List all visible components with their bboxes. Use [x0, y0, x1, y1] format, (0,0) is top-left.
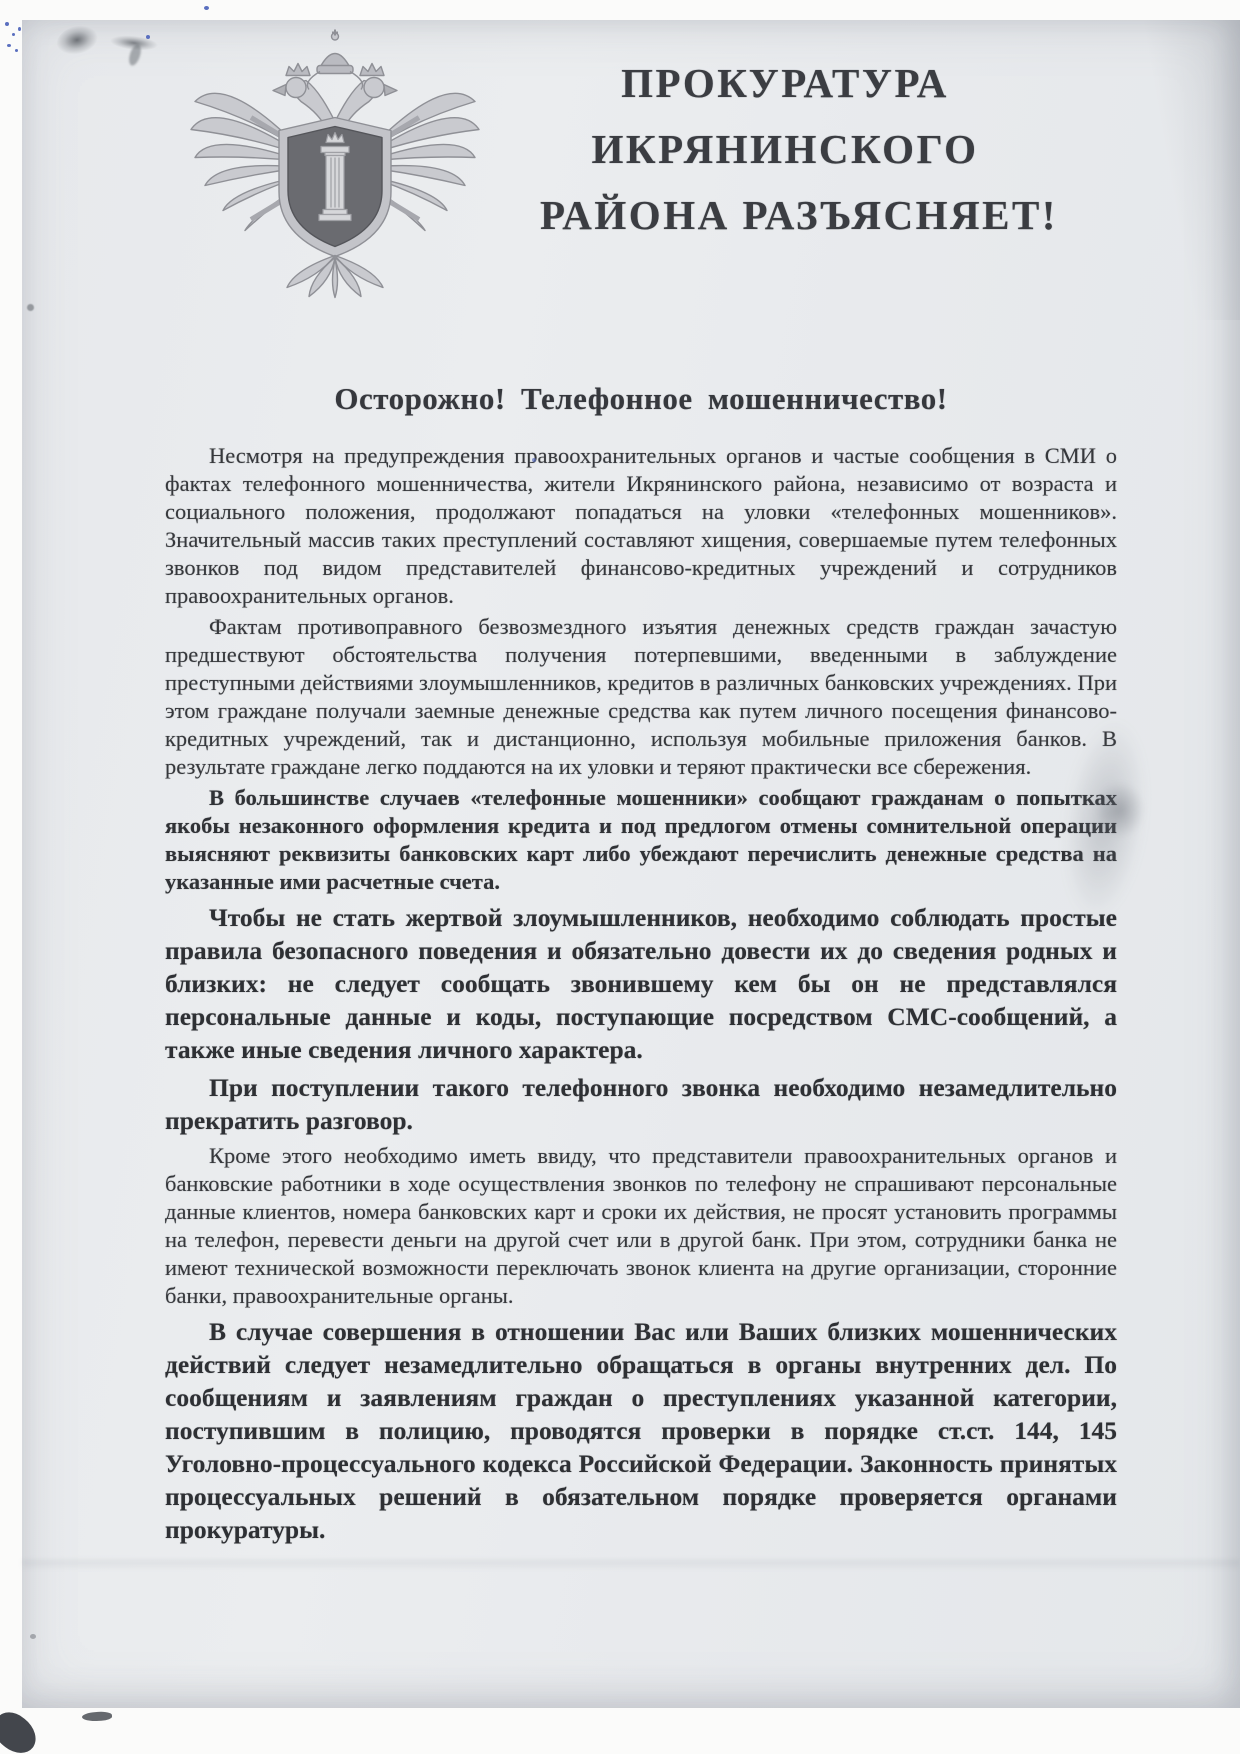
- ink-speck: [7, 44, 11, 47]
- paragraph-5: При поступлении такого телефонного звонк…: [165, 1071, 1117, 1137]
- ink-speck: [5, 22, 9, 26]
- ink-speck: [15, 49, 18, 52]
- paragraph-7: В случае совершения в отношении Вас или …: [165, 1315, 1117, 1546]
- paragraph-6: Кроме этого необходимо иметь ввиду, что …: [165, 1142, 1117, 1310]
- title-line-3: РАЙОНА РАЗЪЯСНЯЕТ!: [540, 182, 1030, 248]
- eagle-tail: [287, 256, 383, 298]
- paragraph-1: Несмотря на предупреждения правоохраните…: [165, 442, 1117, 610]
- title-line-2: ИКРЯНИНСКОГО: [540, 116, 1030, 182]
- ink-speck: [204, 6, 209, 10]
- title-line-1: ПРОКУРАТУРА: [540, 50, 1030, 116]
- paragraph-2: Фактам противоправного безвозмездного из…: [165, 613, 1117, 781]
- scanned-document: ПРОКУРАТУРА ИКРЯНИНСКОГО РАЙОНА РАЗЪЯСНЯ…: [0, 0, 1240, 1754]
- ink-speck: [18, 27, 21, 31]
- scan-smudge: [82, 1711, 113, 1722]
- paragraph-4: Чтобы не стать жертвой злоумышленников, …: [165, 901, 1117, 1066]
- paragraph-3: В большинстве случаев «телефонные мошенн…: [165, 784, 1117, 896]
- document-title: ПРОКУРАТУРА ИКРЯНИНСКОГО РАЙОНА РАЗЪЯСНЯ…: [540, 50, 1030, 248]
- section-heading: Осторожно! Телефонное мошенничество!: [165, 378, 1117, 420]
- scan-corner-mark: [0, 1705, 44, 1754]
- scanned-leaflet-page: { "doc": { "emblem": { "name": "prosecut…: [0, 0, 1240, 1754]
- document-body: Несмотря на предупреждения правоохраните…: [165, 442, 1117, 1551]
- prosecutor-emblem-icon: [185, 22, 485, 300]
- ink-speck: [12, 33, 15, 36]
- central-crown: [307, 30, 362, 90]
